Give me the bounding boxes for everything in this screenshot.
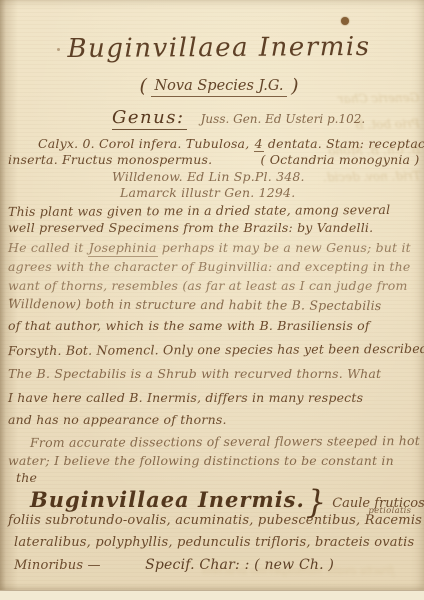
ink-blot-dot (341, 17, 349, 25)
specific-character-label: Specif. Char: : ( new Ch. ) (145, 557, 334, 573)
underlined-name-josephinia: Josephinia (88, 240, 158, 257)
diagnosis-line-2: foliis subrotundo-ovalis, acuminatis, pu… (8, 513, 422, 528)
genus-citation: Juss. Gen. Ed Usteri p.102. (201, 112, 366, 126)
narrative-line-12: From accurate dissections of several flo… (30, 433, 420, 450)
interlinear-insertion-wrap: petiolatis (360, 513, 364, 528)
narrative-line-8: Forsyth. Bot. Nomencl. Only one species … (8, 341, 424, 358)
narrative-text: He called it (8, 240, 84, 255)
narrative-line-11: and has no appearance of thorns. (8, 412, 227, 427)
genus-character-text: Calyx. 0. Corol infera. Tubulosa, (38, 136, 249, 151)
genus-character-line-2: inserta. Fructus monospermus. ( Octandri… (8, 152, 419, 167)
narrative-line-5: want of thorns, resembles (as far at lea… (8, 278, 408, 293)
linnaean-class-note: ( Octandria monogynia ) (260, 152, 419, 167)
subtitle-open-paren: ( (139, 75, 146, 97)
page-subtitle: ( Nova Species J.G. ) (40, 75, 398, 97)
narrative-line-13: water; I believe the following distincti… (8, 453, 394, 468)
interlinear-insertion: petiolatis (368, 504, 411, 519)
diagnosis-line-3: lateralibus, polyphyllis, pedunculis tri… (14, 535, 414, 550)
narrative-line-7: of that author, which is the same with B… (8, 318, 370, 333)
genus-heading: Genus: Juss. Gen. Ed Usteri p.102. (112, 107, 365, 128)
narrative-line-4: agrees with the character of Buginvillia… (8, 259, 410, 274)
species-name: Buginvillaea Inermis. (30, 487, 305, 512)
diagnosis-line-4: Minoribus — Specif. Char: : ( new Ch. ) (14, 558, 334, 573)
subtitle-close-paren: ) (291, 75, 298, 97)
narrative-line-3: He called it Josephinia perhaps it may b… (8, 240, 411, 255)
narrative-line-1: This plant was given to me in a dried st… (8, 202, 390, 219)
page-title: Buginvillaea Inermis (40, 32, 398, 64)
genus-label: Genus: (112, 107, 187, 130)
narrative-line-10: I have here called B. Inermis, differs i… (8, 390, 363, 405)
narrative-line-2: well preserved Specimens from the Brazil… (8, 220, 373, 235)
genus-character-text: dentata. Stam: receptaculo (268, 136, 424, 151)
genus-character-line-1: Calyx. 0. Corol infera. Tubulosa, 4 dent… (38, 136, 424, 151)
diagnosis-text: Minoribus — (14, 558, 101, 573)
narrative-line-9: The B. Spectabilis is a Shrub with recur… (8, 366, 381, 381)
narrative-line-6: Willdenow) both in structure and habit t… (8, 296, 382, 313)
reference-lamarck: Lamarck illustr Gen. 1294. (120, 185, 295, 200)
manuscript-page: Generic Char Prio bot. B B. Ch. B. Mono … (0, 0, 424, 600)
genus-character-text: inserta. Fructus monospermus. (8, 152, 212, 167)
diagnosis-text: foliis subrotundo-ovalis, acuminatis, pu… (8, 513, 360, 528)
subtitle-text: Nova Species J.G. (151, 78, 286, 97)
underlined-number: 4 (254, 136, 264, 152)
page-bottom-edge (0, 590, 424, 600)
reference-willdenow: Willdenow. Ed Lin Sp.Pl. 348. (112, 169, 305, 184)
narrative-text: perhaps it may be a new Genus; but it (162, 240, 411, 255)
